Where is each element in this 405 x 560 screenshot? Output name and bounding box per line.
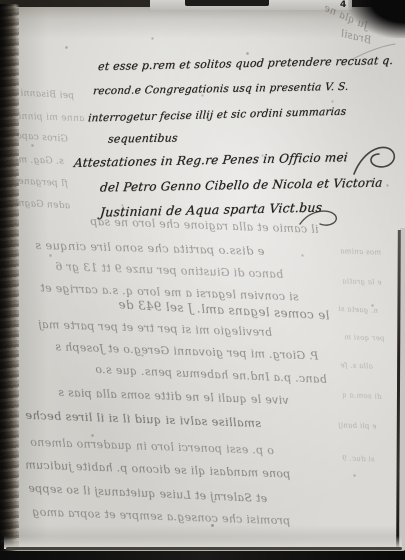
page-edge-gap [185, 0, 269, 6]
scan-bottom-edge [0, 551, 405, 560]
margin-fragment-right: e la gratia [342, 277, 382, 286]
margin-fragment-right: mos anima [340, 247, 381, 256]
next-page-edge [400, 228, 405, 550]
stray-stroke [352, 42, 396, 62]
margin-fragment-right: alla s. fe [340, 361, 373, 370]
binding-edge [0, 4, 19, 552]
margin-fragment-right: si duc. 9 [342, 454, 375, 463]
margin-fragment-right: per qosi m [344, 333, 385, 342]
margin-fragment-right: e pli banij [338, 421, 377, 430]
adjacent-page-edge [150, 0, 352, 10]
margin-fragment-left: s. Gag. mi [15, 155, 64, 167]
ink-line: sequentibus [107, 131, 178, 145]
manuscript-scan-photo: 4 Ju qla ne Brasil pei Bisanni anne mi p… [0, 0, 405, 560]
page-bottom-shadow [6, 547, 402, 550]
pen-flourish [352, 142, 402, 182]
pen-flourish [298, 206, 342, 234]
